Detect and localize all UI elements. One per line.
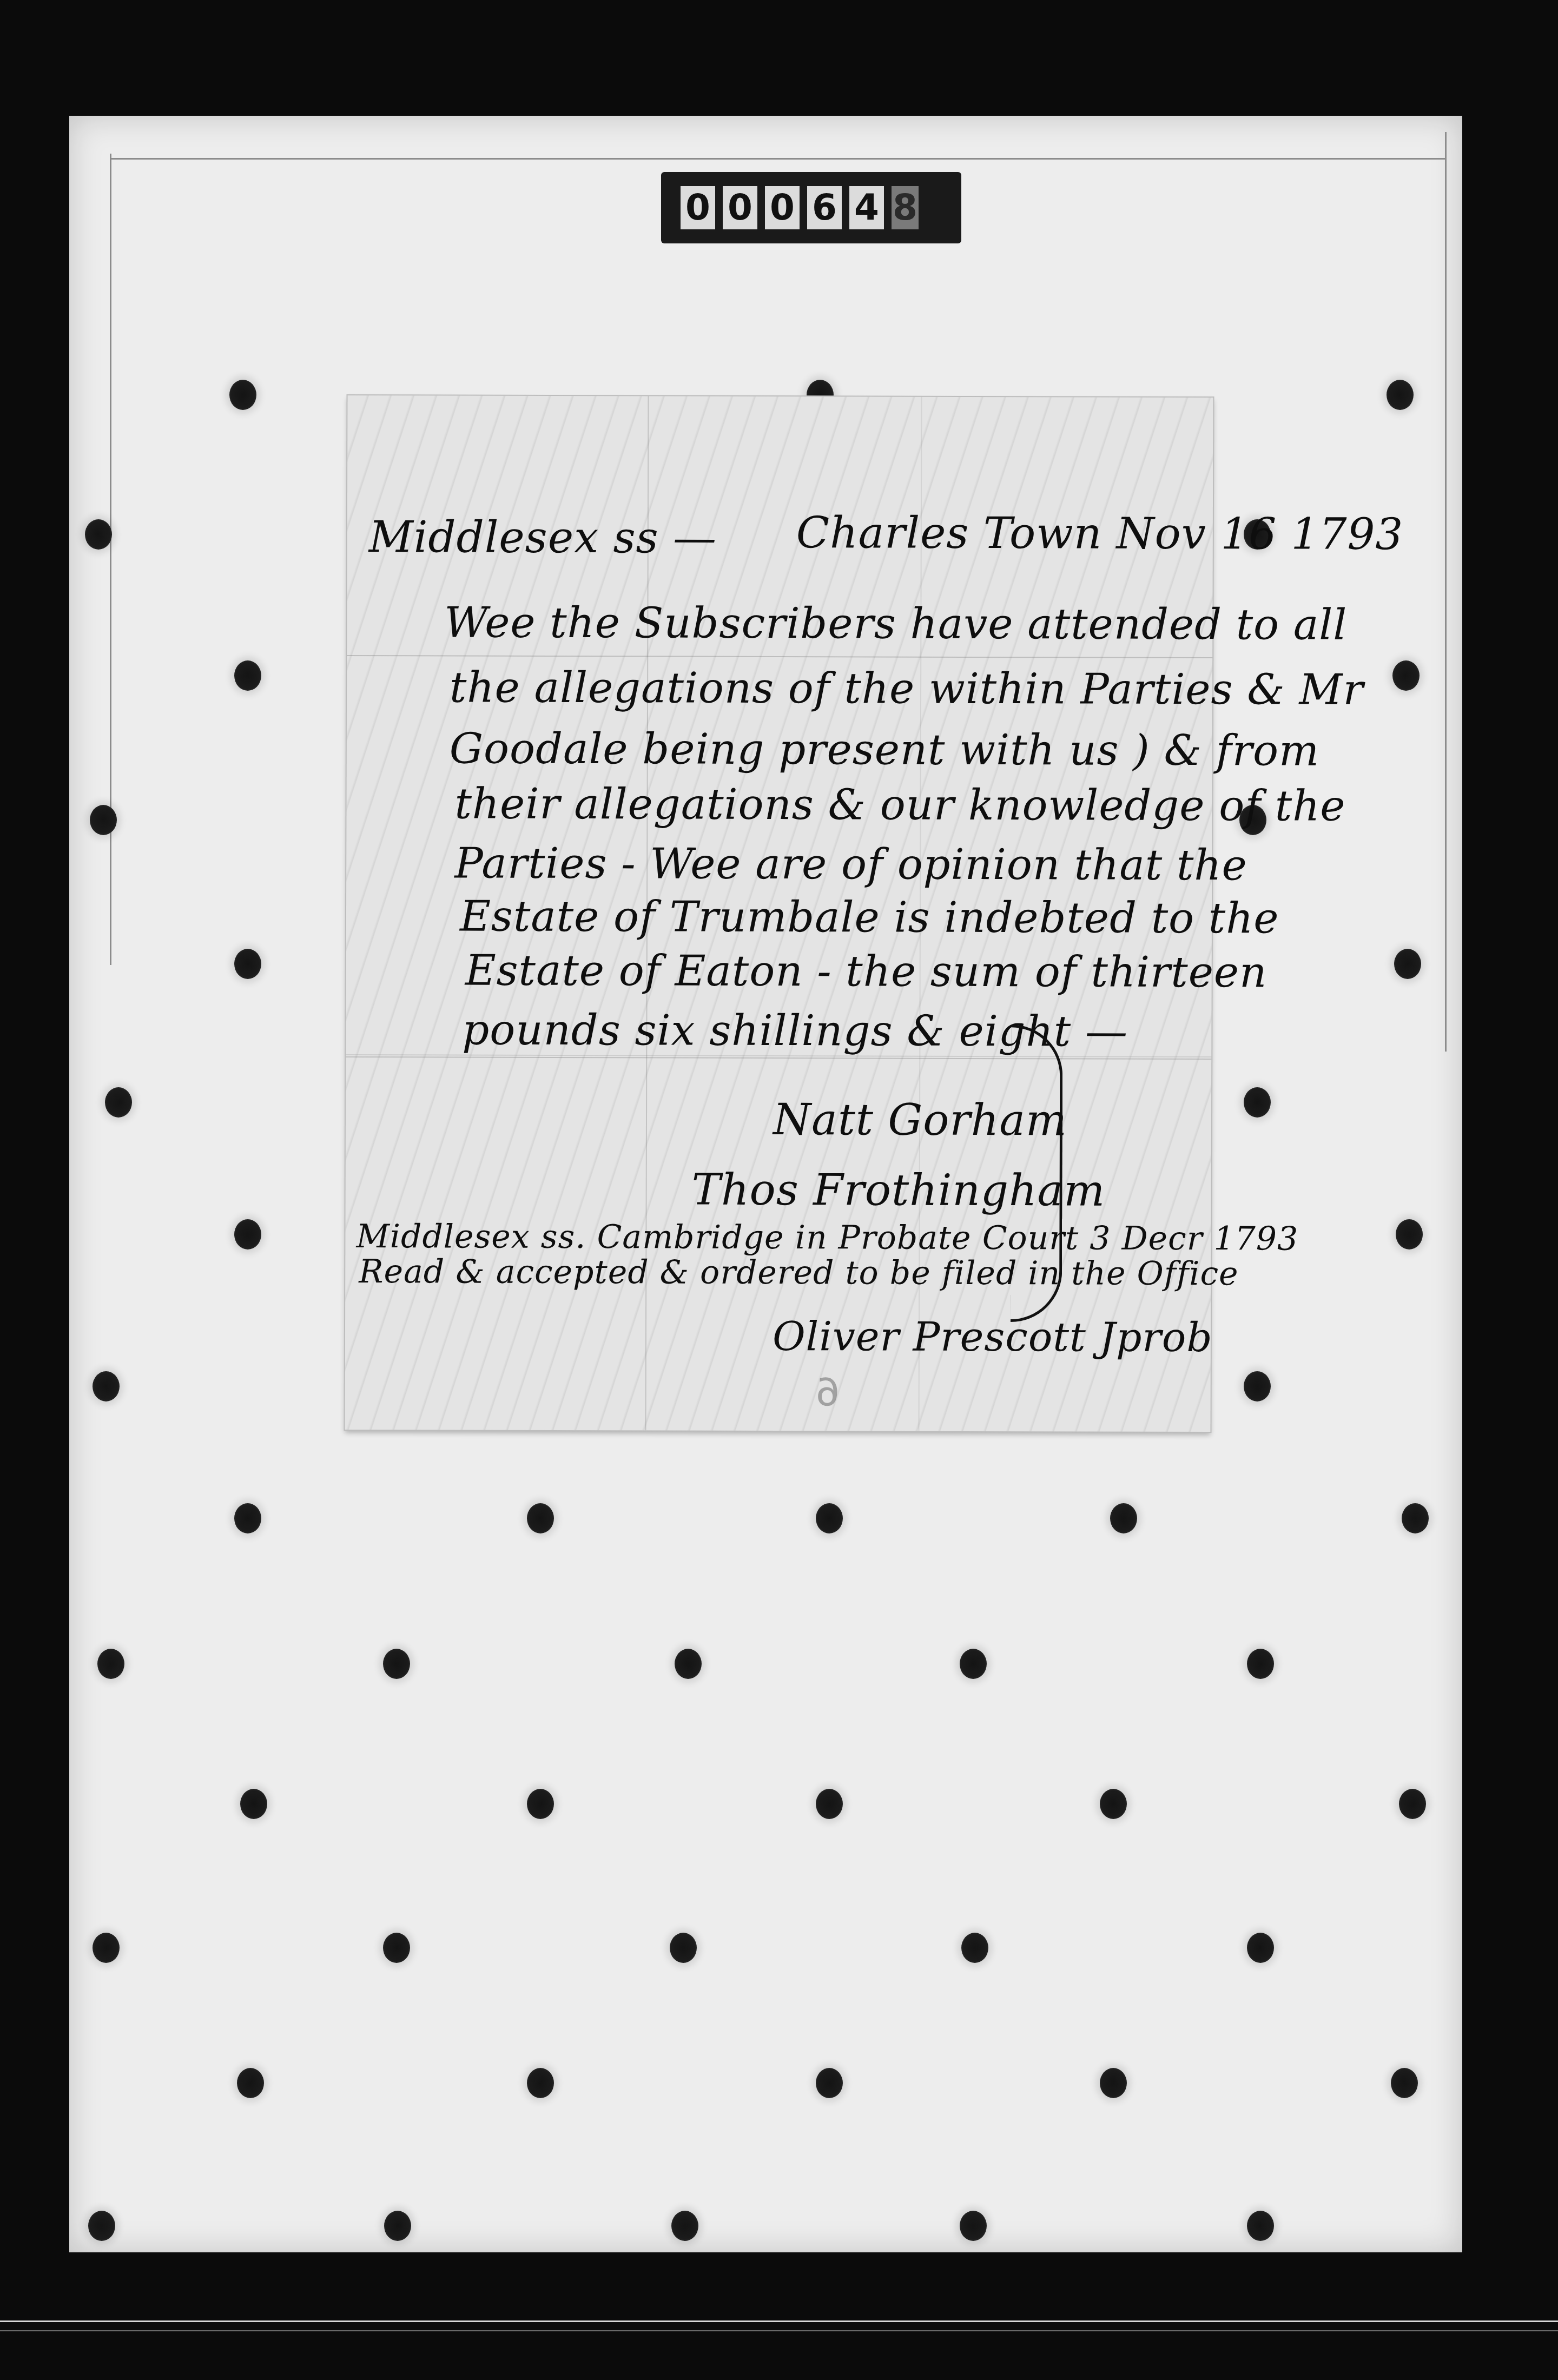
body-line: Parties - Wee are of opinion that the bbox=[454, 839, 1247, 890]
court-note-line: Read & accepted & ordered to be filed in… bbox=[359, 1253, 1238, 1293]
frame-counter-digit: 4 bbox=[849, 186, 884, 229]
board-hole bbox=[1392, 660, 1420, 691]
board-hole bbox=[1396, 1219, 1423, 1249]
board-hole bbox=[1244, 1371, 1271, 1401]
board-hole bbox=[383, 1649, 410, 1679]
board-hole bbox=[1247, 2211, 1274, 2241]
board-hole bbox=[671, 2211, 698, 2241]
board-hole bbox=[234, 949, 261, 979]
frame-counter-partial-digit: 8 bbox=[892, 186, 919, 229]
board-hole bbox=[237, 2068, 264, 2098]
board-hole bbox=[527, 1503, 554, 1533]
body-line: the allegations of the within Parties & … bbox=[450, 663, 1364, 714]
board-hole bbox=[1244, 1087, 1271, 1118]
board-hole bbox=[675, 1649, 702, 1679]
heading-county: Middlesex ss — bbox=[369, 512, 717, 563]
board-hole bbox=[93, 1371, 120, 1401]
bleed-through-numeral: 6 bbox=[816, 1370, 840, 1414]
board-hole bbox=[1100, 1789, 1127, 1819]
board-hole bbox=[816, 1503, 843, 1533]
board-hole bbox=[961, 1933, 988, 1963]
board-hole bbox=[1399, 1789, 1426, 1819]
board-hole bbox=[816, 2068, 843, 2098]
body-line: Estate of Eaton - the sum of thirteen bbox=[465, 946, 1267, 997]
board-hole bbox=[384, 2211, 411, 2241]
board-hole bbox=[234, 1219, 261, 1249]
board-hole bbox=[1387, 380, 1414, 410]
board-hole bbox=[105, 1087, 132, 1118]
board-rule-right bbox=[1445, 132, 1447, 1052]
fold-crease bbox=[347, 655, 1212, 658]
court-note-line: Middlesex ss. Cambridge in Probate Court… bbox=[356, 1218, 1298, 1258]
board-hole bbox=[90, 805, 117, 835]
board-hole bbox=[1394, 949, 1421, 979]
signature-probate-judge: Oliver Prescott Jprob bbox=[773, 1313, 1213, 1361]
board-hole bbox=[816, 1789, 843, 1819]
board-hole bbox=[85, 519, 112, 550]
board-hole bbox=[1391, 2068, 1418, 2098]
board-rule-left bbox=[110, 154, 111, 965]
board-hole bbox=[1402, 1503, 1429, 1533]
signature-gorham: Natt Gorham bbox=[773, 1094, 1067, 1145]
frame-counter-digit: 0 bbox=[765, 186, 800, 229]
board-hole bbox=[527, 2068, 554, 2098]
body-line: Estate of Trumbale is indebted to the bbox=[460, 892, 1279, 943]
board-hole bbox=[229, 380, 256, 410]
board-hole bbox=[240, 1789, 267, 1819]
frame-counter: 0 0 0 6 4 8 bbox=[661, 172, 961, 243]
board-hole bbox=[88, 2211, 115, 2241]
film-edge-line bbox=[0, 2320, 1558, 2322]
frame-counter-digit: 6 bbox=[807, 186, 842, 229]
board-hole bbox=[670, 1933, 697, 1963]
board-hole bbox=[527, 1789, 554, 1819]
board-hole bbox=[93, 1933, 120, 1963]
manuscript-page: Middlesex ss — Charles Town Nov 16 1793 … bbox=[345, 395, 1213, 1432]
body-line: Goodale being present with us ) & from bbox=[450, 724, 1319, 775]
board-hole bbox=[1110, 1503, 1137, 1533]
board-hole bbox=[1247, 1649, 1274, 1679]
board-hole bbox=[960, 2211, 987, 2241]
body-line: Wee the Subscribers have attended to all bbox=[444, 598, 1347, 649]
board-hole bbox=[234, 1503, 261, 1533]
board-hole bbox=[960, 1649, 987, 1679]
board-hole bbox=[1100, 2068, 1127, 2098]
board-rule-top bbox=[110, 158, 1446, 160]
board-hole bbox=[97, 1649, 124, 1679]
film-edge-line-secondary bbox=[0, 2330, 1558, 2331]
board-hole bbox=[1247, 1933, 1274, 1963]
heading-place-date: Charles Town Nov 16 1793 bbox=[796, 507, 1404, 559]
frame-counter-digit: 0 bbox=[723, 186, 757, 229]
frame-counter-digit: 0 bbox=[681, 186, 715, 229]
body-line: their allegations & our knowledge of the bbox=[454, 779, 1345, 830]
board-hole bbox=[234, 660, 261, 691]
board-hole bbox=[383, 1933, 410, 1963]
signature-frothingham: Thos Frothingham bbox=[692, 1165, 1106, 1216]
